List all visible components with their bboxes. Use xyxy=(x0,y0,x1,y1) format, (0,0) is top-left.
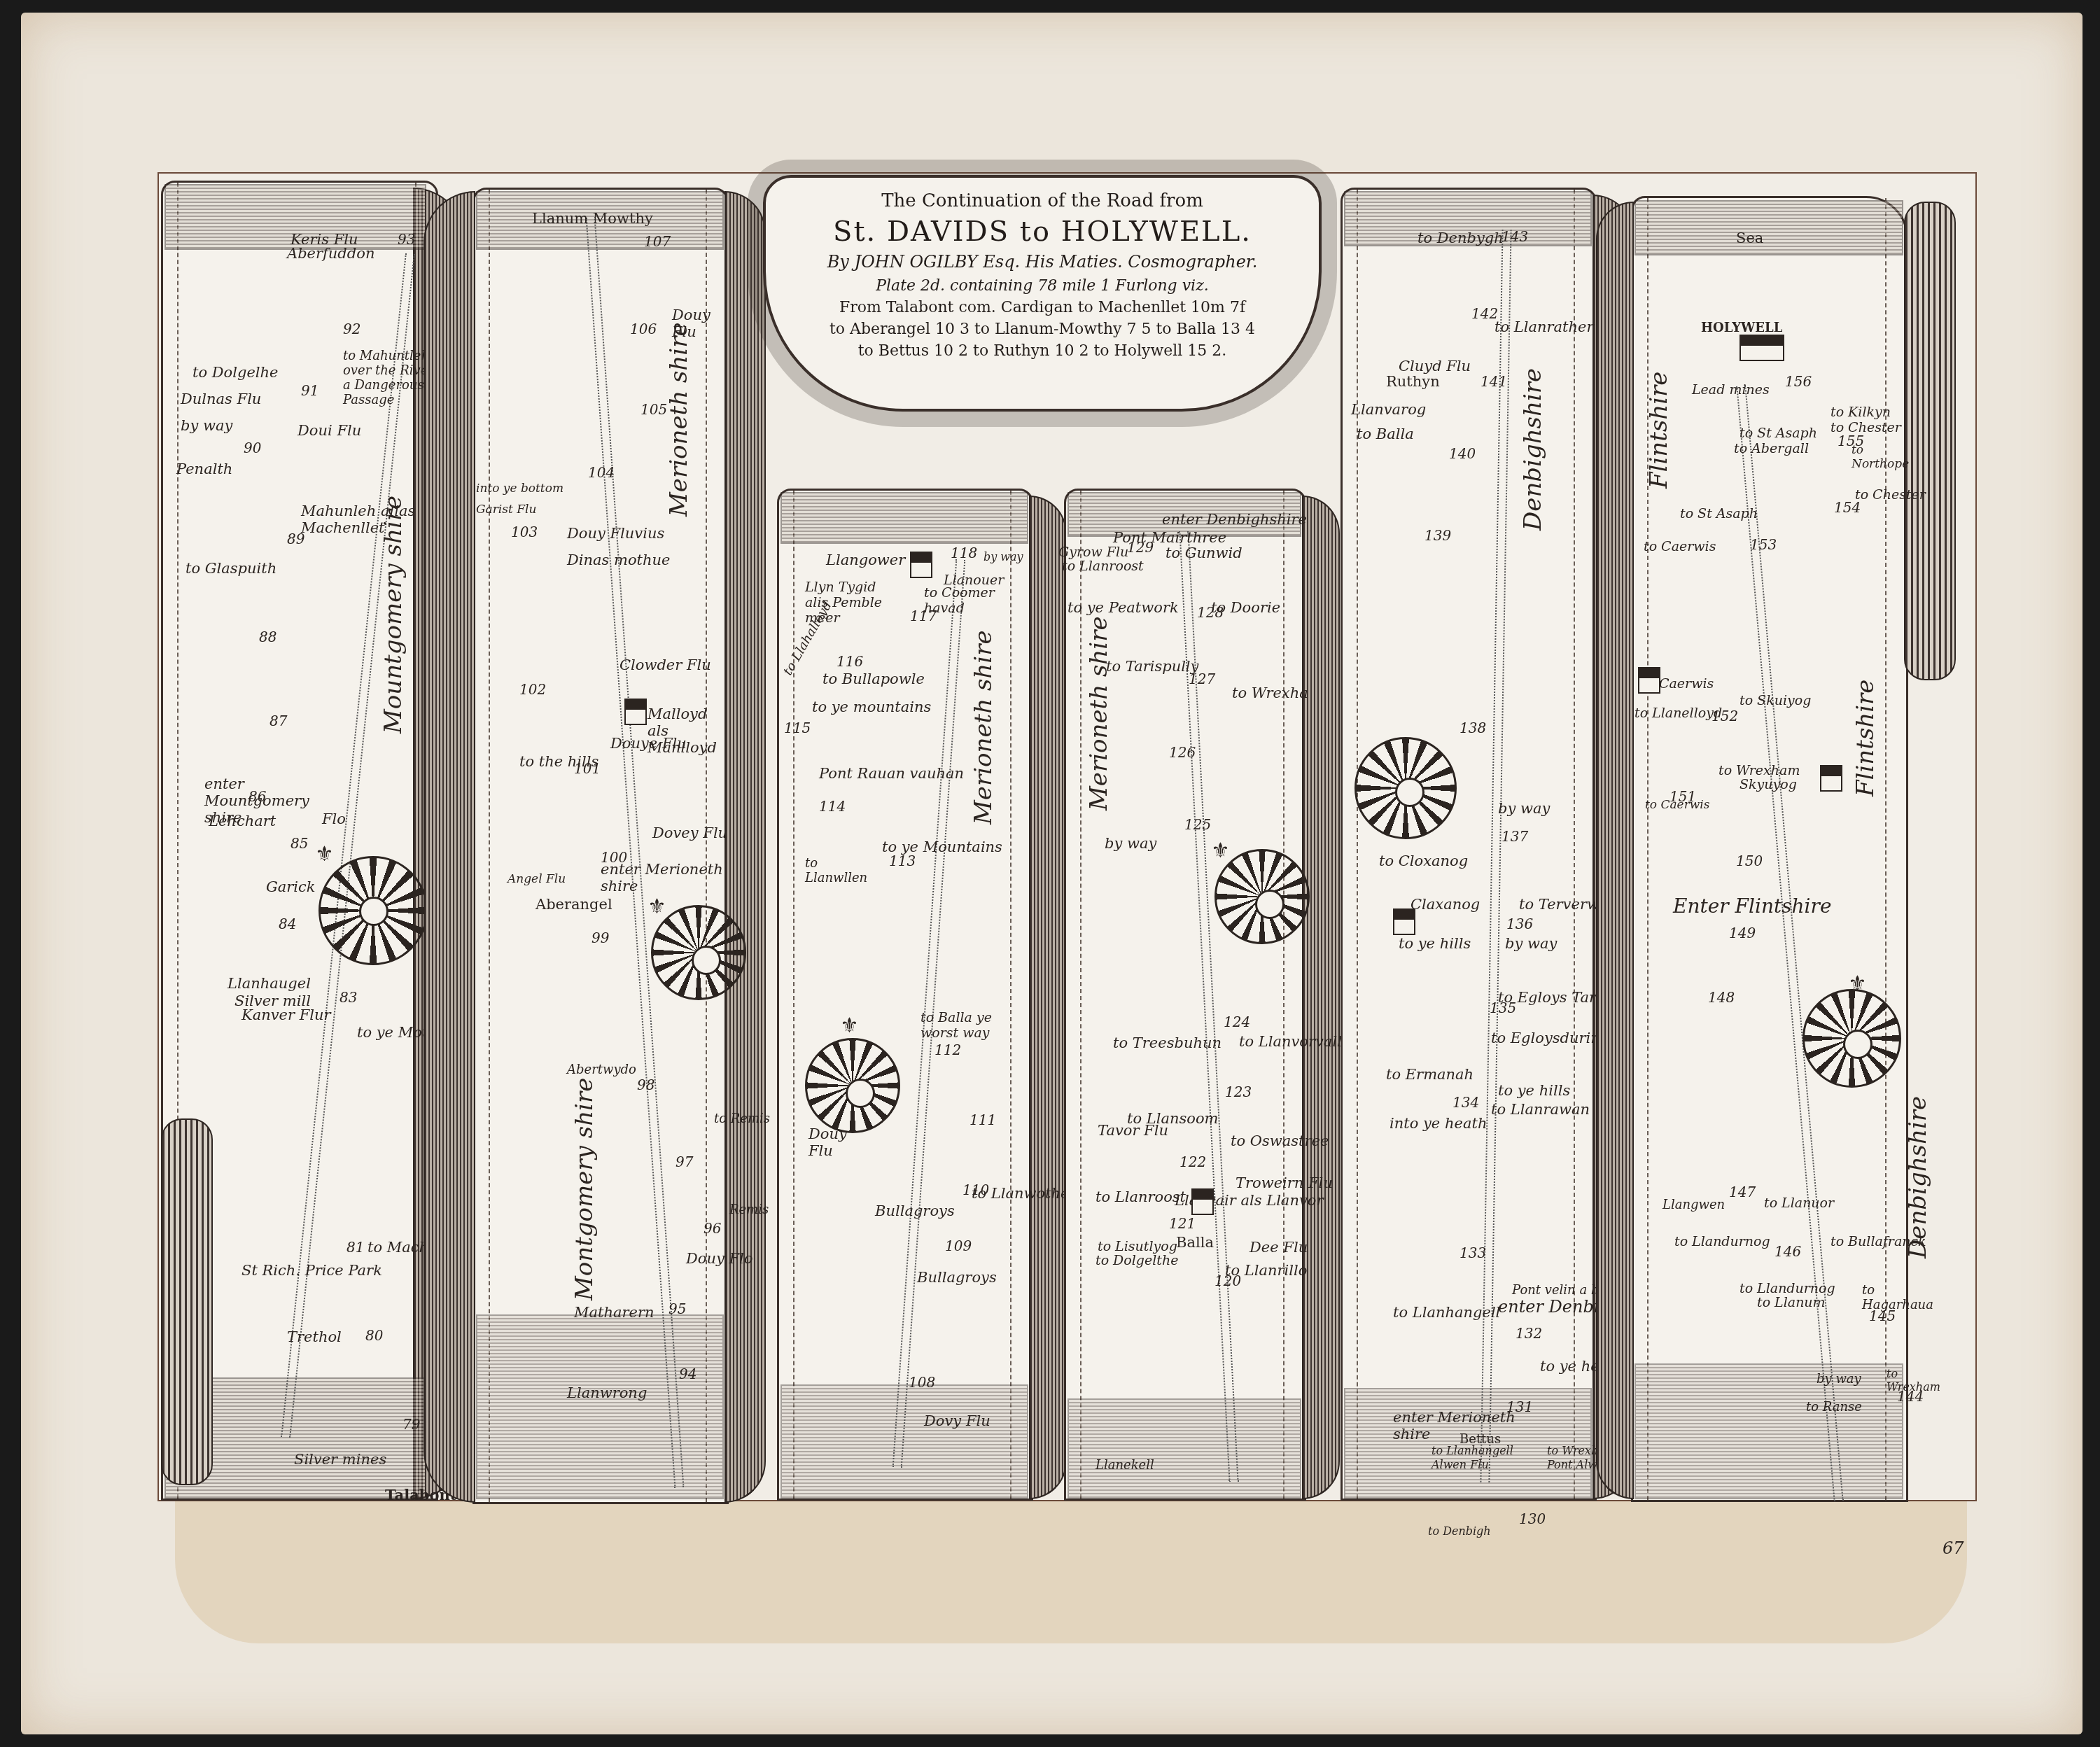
mile-marker: 132 xyxy=(1515,1325,1542,1342)
mile-marker: 89 xyxy=(287,531,304,547)
place-label: by way xyxy=(1816,1372,1861,1387)
place-label: St Rich. Price Park xyxy=(241,1262,382,1279)
fleur-de-lis-icon: ⚜ xyxy=(1211,839,1230,863)
mile-marker: 146 xyxy=(1774,1243,1801,1260)
place-label: to Wrexham xyxy=(1718,763,1800,778)
compass-rose-icon xyxy=(1214,849,1310,944)
mile-marker: 123 xyxy=(1225,1083,1252,1100)
place-label: to Egloysdurin xyxy=(1491,1030,1600,1046)
mile-marker: 122 xyxy=(1179,1153,1206,1170)
place-label: Llanekell xyxy=(1095,1458,1154,1473)
place-label: Dulnas Flu xyxy=(181,391,261,407)
place-label: Lehchart xyxy=(209,813,276,829)
place-label: to Dolgelthe xyxy=(1095,1253,1178,1268)
place-label: by way xyxy=(181,417,232,434)
place-label: to Caerwis xyxy=(1644,539,1716,554)
place-label: to Denbigh xyxy=(1428,1524,1491,1538)
compass-rose-icon xyxy=(318,856,428,965)
mile-marker: 118 xyxy=(951,545,977,561)
place-label: Claxanog xyxy=(1410,896,1480,913)
place-label: Llanum Mowthy xyxy=(532,210,653,227)
strip-4-curl xyxy=(1302,496,1340,1499)
mile-marker: 103 xyxy=(511,524,538,540)
church-icon xyxy=(1820,765,1842,792)
place-label: to Caerwis xyxy=(1645,798,1710,812)
mile-marker: 141 xyxy=(1480,373,1507,390)
compass-rose-icon xyxy=(1354,737,1457,839)
place-label: to ye hills xyxy=(1399,935,1471,952)
mile-marker: 97 xyxy=(675,1153,693,1170)
strip-6-sea xyxy=(1634,200,1903,255)
place-label: to Doorie xyxy=(1211,599,1280,616)
strip-1-scroll-cap xyxy=(161,1118,213,1485)
place-label: to Llanwllen xyxy=(805,856,868,885)
place-label: to Llanroost xyxy=(1095,1188,1186,1205)
place-label: to Llanhangell xyxy=(1393,1304,1500,1321)
place-label: Douye Flu xyxy=(610,735,687,752)
place-label: Ruthyn xyxy=(1386,373,1440,390)
county-label: Montgomery shire xyxy=(570,1078,598,1300)
place-label: to Cloxanog xyxy=(1379,853,1468,869)
place-label: Sea xyxy=(1736,230,1763,246)
mile-marker: 95 xyxy=(668,1300,686,1317)
place-label: Silver mines xyxy=(294,1451,386,1468)
mile-marker: 135 xyxy=(1490,999,1516,1016)
place-label: Doui Flu xyxy=(297,422,361,439)
place-label: Llangower xyxy=(826,552,905,568)
place-label: by way xyxy=(1105,835,1156,852)
mile-marker: 101 xyxy=(574,760,601,777)
strip-6-scroll-cap xyxy=(1904,202,1956,680)
mile-marker: 96 xyxy=(703,1220,721,1237)
place-label: to Glaspuith xyxy=(185,560,276,577)
mile-marker: 126 xyxy=(1169,744,1196,761)
mile-marker: 113 xyxy=(889,853,916,869)
place-label: Alwen Flu xyxy=(1431,1458,1489,1471)
strip-2-curl xyxy=(423,191,475,1503)
place-label: to Llanhangell xyxy=(1431,1444,1513,1457)
mile-marker: 106 xyxy=(630,321,657,337)
compass-rose-icon xyxy=(1802,989,1901,1088)
place-label: by way xyxy=(1505,935,1557,952)
mile-marker: 112 xyxy=(934,1041,961,1058)
place-label: to Llanroost xyxy=(1062,559,1144,574)
mile-marker: 121 xyxy=(1169,1215,1196,1232)
mile-marker: 152 xyxy=(1711,708,1738,724)
place-label: Garick xyxy=(266,878,316,895)
place-label: to ye hills xyxy=(1498,1082,1570,1099)
mile-marker: 81 xyxy=(346,1239,364,1256)
mile-marker: 86 xyxy=(248,788,266,805)
mile-marker: 120 xyxy=(1214,1272,1241,1289)
holywell-town-icon xyxy=(1739,335,1784,361)
mile-marker: 91 xyxy=(301,382,318,399)
mile-marker: 144 xyxy=(1897,1388,1924,1405)
place-label: Dinas mothue xyxy=(567,552,671,568)
title-line-1: The Continuation of the Road from xyxy=(766,190,1319,211)
place-label: to Llanuor xyxy=(1764,1195,1834,1211)
mile-marker: 114 xyxy=(819,798,846,815)
place-label: enter Merioneth shire xyxy=(601,861,734,894)
place-label: Aberangel xyxy=(535,896,612,913)
mile-marker: 143 xyxy=(1501,228,1528,245)
mile-marker: 125 xyxy=(1184,816,1211,833)
place-label: Lead mines xyxy=(1692,382,1770,398)
place-label: Trethol xyxy=(287,1328,342,1345)
route-line-3: to Bettus 10 2 to Ruthyn 10 2 to Holywel… xyxy=(766,342,1319,360)
place-label: Remis xyxy=(729,1202,769,1217)
place-label: into ye heath xyxy=(1389,1115,1487,1132)
mile-marker: 148 xyxy=(1708,989,1735,1006)
mile-marker: 107 xyxy=(644,233,671,250)
place-label: to Llandurnog xyxy=(1674,1234,1770,1249)
title-cartouche: The Continuation of the Road from St. DA… xyxy=(763,175,1322,412)
place-label: Flo xyxy=(322,811,346,827)
mile-marker: 149 xyxy=(1729,925,1756,941)
place-label: Pont Rauan vauhan xyxy=(819,765,964,782)
author-line: By JOHN OGILBY Esq. His Maties. Cosmogra… xyxy=(766,252,1319,272)
place-label: by way xyxy=(1498,800,1550,817)
place-label: Aberfuddon xyxy=(287,245,374,262)
mile-marker: 140 xyxy=(1449,445,1476,462)
mile-marker: 150 xyxy=(1736,853,1763,869)
strip-6-bottom-roll xyxy=(1634,1363,1903,1499)
place-label: Enter Flintshire xyxy=(1673,894,1832,918)
place-label: Troweirn Flu xyxy=(1235,1174,1333,1191)
county-label: Denbighshire xyxy=(1904,1096,1932,1258)
strip-2-bottom-roll xyxy=(476,1314,724,1499)
route-line-1: From Talabont com. Cardigan to Machenlle… xyxy=(766,299,1319,316)
fleur-de-lis-icon: ⚜ xyxy=(647,894,666,919)
county-label: Merioneth shire xyxy=(1085,616,1113,811)
strip-3-top-roll xyxy=(780,492,1028,544)
mile-marker: 85 xyxy=(290,835,308,852)
place-label: to Llanvorvall xyxy=(1239,1033,1342,1050)
place-label: to Llanrawan xyxy=(1491,1101,1590,1118)
strip-4-bottom-roll xyxy=(1067,1398,1301,1499)
place-label: to Llanrather xyxy=(1494,318,1593,335)
church-icon xyxy=(1191,1188,1214,1215)
place-label: to Wrexha xyxy=(1232,685,1308,701)
mile-marker: 92 xyxy=(343,321,360,337)
place-label: to Tarispully xyxy=(1106,658,1198,675)
place-label: to Llandurnog xyxy=(1739,1281,1835,1296)
mile-marker: 79 xyxy=(402,1416,420,1433)
mile-marker: 156 xyxy=(1785,373,1812,390)
mile-marker: 94 xyxy=(679,1366,696,1382)
place-label: Bullagroys xyxy=(875,1202,955,1219)
mile-marker: 139 xyxy=(1424,527,1451,544)
mile-marker: 111 xyxy=(969,1111,996,1128)
church-icon xyxy=(1393,908,1415,935)
place-label: to Lisutlyog xyxy=(1098,1239,1177,1254)
place-label: to Balla xyxy=(1357,426,1414,442)
place-label: to Abergall xyxy=(1734,441,1809,456)
place-label: to Denbygh xyxy=(1417,230,1504,246)
place-label: Llangwen xyxy=(1662,1198,1725,1212)
county-label: Flintshire xyxy=(1851,680,1879,797)
place-label: to ye Peatwork xyxy=(1067,599,1179,616)
place-label: Tavor Flu xyxy=(1098,1122,1168,1139)
church-icon xyxy=(1638,667,1660,694)
place-label: Douy Flo xyxy=(686,1250,752,1267)
place-label: to Gunwid xyxy=(1165,545,1242,561)
route-line-2: to Aberangel 10 3 to Llanum-Mowthy 7 5 t… xyxy=(766,321,1319,338)
mile-marker: 84 xyxy=(279,915,296,932)
mile-marker: 154 xyxy=(1834,499,1861,516)
mile-marker: 127 xyxy=(1189,671,1215,687)
plate-line: Plate 2d. containing 78 mile 1 Furlong v… xyxy=(766,277,1319,295)
place-label: Balla xyxy=(1176,1234,1214,1251)
place-label: to Kilkyn xyxy=(1830,405,1891,420)
place-label: to St Asaph xyxy=(1680,506,1758,521)
place-label: Dee Flu xyxy=(1249,1239,1308,1256)
strip-3-curl xyxy=(1029,496,1067,1499)
mile-marker: 124 xyxy=(1224,1013,1250,1030)
mile-marker: 117 xyxy=(910,608,937,624)
mile-marker: 136 xyxy=(1506,915,1533,932)
mile-marker: 80 xyxy=(365,1327,383,1344)
place-label: to Llanum xyxy=(1757,1295,1826,1310)
mile-marker: 98 xyxy=(637,1076,654,1093)
place-label: to St Asaph xyxy=(1739,426,1817,441)
place-label: to Treesbuhun xyxy=(1113,1034,1221,1051)
county-label: Mountgomery shire xyxy=(379,496,407,734)
mile-marker: 137 xyxy=(1501,828,1528,845)
place-label: HOLYWELL xyxy=(1701,321,1782,335)
county-label: Flintshire xyxy=(1645,372,1673,489)
compass-rose-icon xyxy=(651,905,746,1000)
place-label: Garist Flu xyxy=(476,503,536,517)
county-label: Merioneth shire xyxy=(969,630,997,825)
place-label: Gyrow Flu xyxy=(1058,545,1128,560)
church-icon xyxy=(910,552,932,578)
title-line-2: St. DAVIDS to HOLYWELL. xyxy=(766,216,1319,248)
place-label: Kanver Flur xyxy=(241,1006,331,1023)
mile-marker: 133 xyxy=(1459,1244,1486,1261)
county-label: Merioneth shire xyxy=(665,322,693,517)
place-label: Matharern xyxy=(574,1304,654,1321)
place-label: by way xyxy=(983,550,1023,563)
mile-marker: 145 xyxy=(1869,1307,1896,1324)
place-label: Clowder Flu xyxy=(619,657,711,673)
place-label: into ye bottom xyxy=(476,482,563,496)
mile-marker: 134 xyxy=(1452,1094,1479,1111)
mile-marker: 104 xyxy=(588,464,615,481)
place-label: Skyuyog xyxy=(1739,777,1797,792)
fleur-de-lis-icon: ⚜ xyxy=(1848,971,1867,996)
place-label: to Dolgelhe xyxy=(192,364,279,381)
place-label: to Llanelloyd xyxy=(1634,706,1722,721)
place-label: to Northope xyxy=(1851,443,1900,471)
mile-marker: 138 xyxy=(1459,720,1486,736)
mile-marker: 88 xyxy=(259,629,276,645)
place-label: Douy Fluvius xyxy=(567,525,664,542)
place-label: to Llanwothe xyxy=(972,1185,1069,1202)
mile-marker: 129 xyxy=(1127,539,1154,556)
fleur-de-lis-icon: ⚜ xyxy=(840,1013,859,1038)
place-label: to Oswastree xyxy=(1231,1132,1329,1149)
mile-marker: 99 xyxy=(591,929,609,946)
mile-marker: 130 xyxy=(1519,1510,1546,1527)
strip-2-right-curl xyxy=(724,191,766,1503)
place-label: Llanvarog xyxy=(1351,401,1426,418)
mile-marker: 87 xyxy=(269,713,287,729)
fleur-de-lis-icon: ⚜ xyxy=(315,842,334,867)
place-label: Penalth xyxy=(176,461,232,477)
place-label: Caerwis xyxy=(1659,676,1714,692)
mile-marker: 102 xyxy=(519,681,546,698)
place-label: to Remis xyxy=(714,1111,770,1126)
place-label: Bullagroys xyxy=(917,1269,997,1286)
place-label: Mahunleh alias Machenllet xyxy=(301,503,427,536)
place-label: Cluyd Flu xyxy=(1399,358,1471,374)
mile-marker: 90 xyxy=(244,440,261,456)
mile-marker: 153 xyxy=(1750,536,1777,553)
place-label: enter Denbighshire xyxy=(1162,511,1307,528)
place-label: to Bullapowle xyxy=(822,671,925,687)
place-label: to Chester xyxy=(1855,487,1926,503)
place-label: Angel Flu xyxy=(507,872,566,886)
mile-marker: 109 xyxy=(945,1237,972,1254)
mile-marker: 105 xyxy=(640,401,667,418)
county-label: Denbighshire xyxy=(1519,368,1547,531)
place-label: to Ranse xyxy=(1806,1400,1862,1415)
mile-marker: 115 xyxy=(784,720,811,736)
place-label: to ye mountains xyxy=(812,699,931,715)
place-label: to Ermanah xyxy=(1386,1066,1473,1083)
mile-marker: 116 xyxy=(836,653,863,670)
mile-marker: 83 xyxy=(339,989,357,1006)
place-label: Llanhaugel xyxy=(227,975,311,992)
place-label: Abertwydo xyxy=(567,1062,636,1077)
place-label: to Balla ye worst way xyxy=(920,1010,1025,1041)
paper-sheet: Keris Flu 93 Aberfuddon 92 to Dolgelhe D… xyxy=(21,13,2082,1734)
strip-6-left-curl xyxy=(1596,202,1634,1499)
page-number: 67 xyxy=(1942,1538,1964,1558)
mile-marker: 108 xyxy=(909,1374,935,1391)
compass-rose-icon xyxy=(805,1038,900,1133)
place-label: Dovy Flu xyxy=(924,1412,990,1429)
place-label: Dovey Flu xyxy=(652,825,727,841)
place-label: Llanwrong xyxy=(567,1384,647,1401)
place-label: to Skuiyog xyxy=(1739,693,1811,708)
mile-marker: 147 xyxy=(1729,1184,1756,1200)
mile-marker: 93 xyxy=(398,231,415,248)
church-icon xyxy=(624,699,647,725)
